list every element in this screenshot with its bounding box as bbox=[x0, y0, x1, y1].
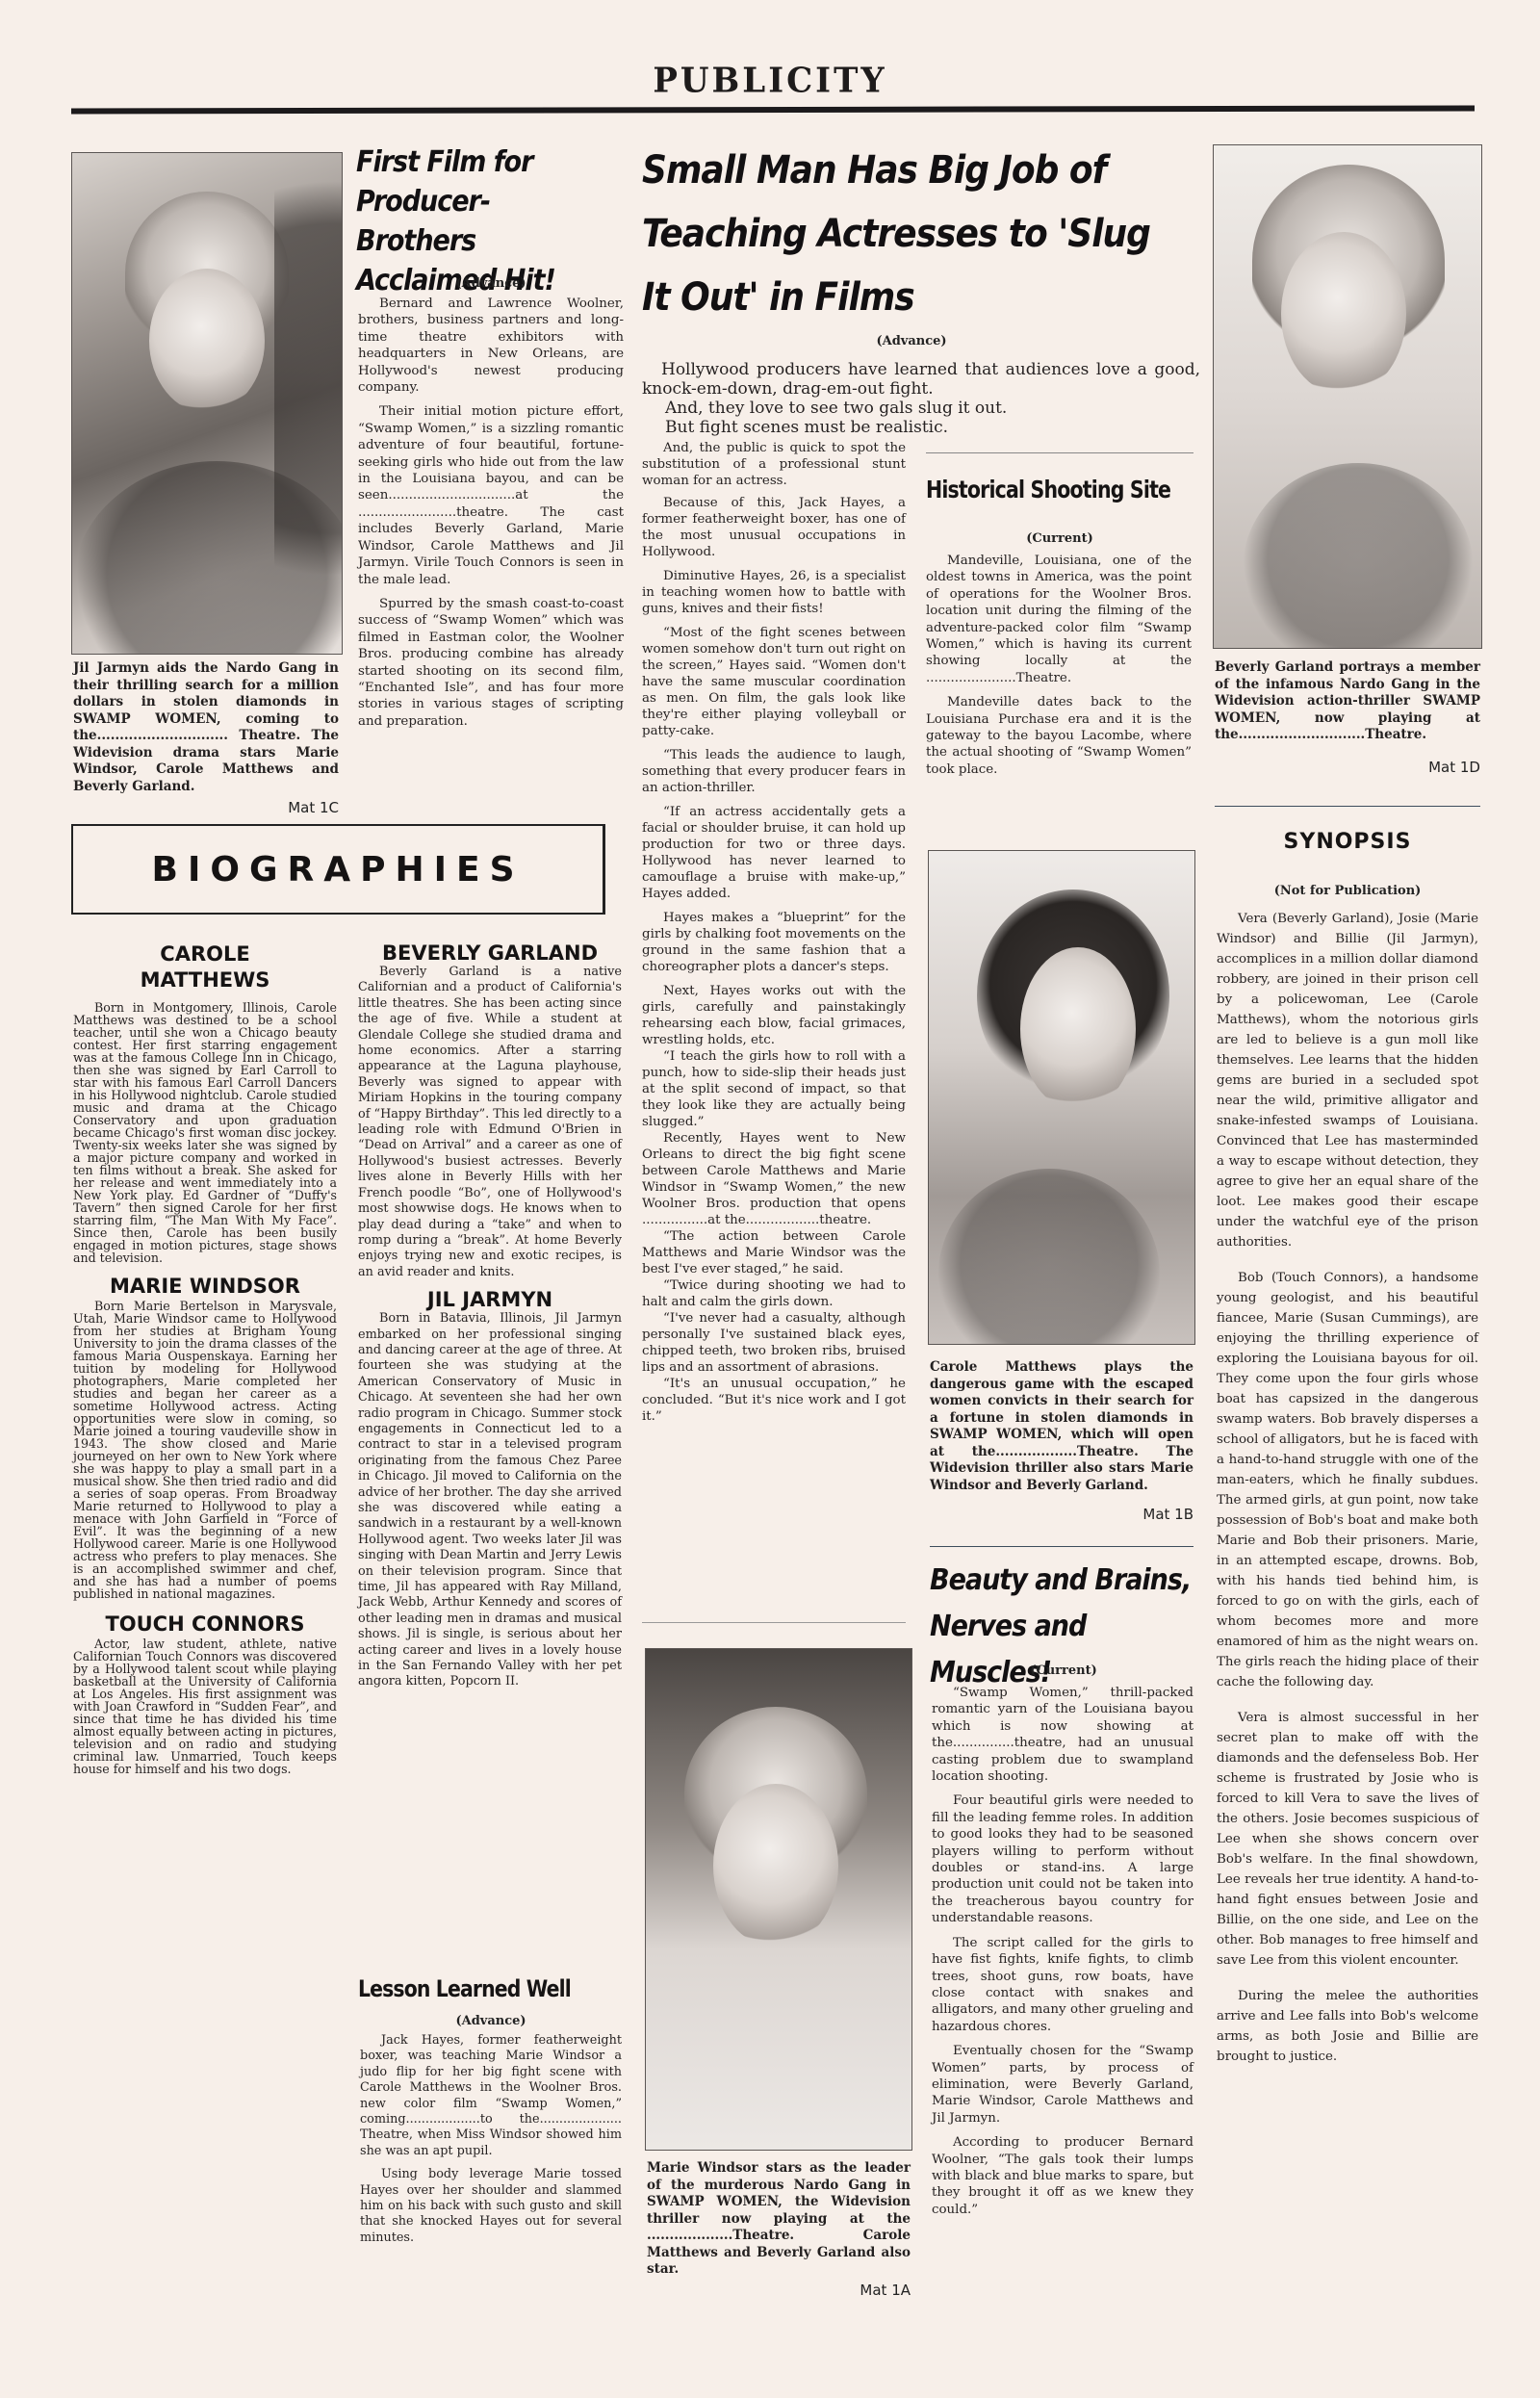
paragraph: Next, Hayes works out with the girls, ca… bbox=[642, 983, 906, 1048]
article-synopsis: Vera (Beverly Garland), Josie (Marie Win… bbox=[1217, 909, 1478, 2075]
divider bbox=[930, 1546, 1193, 1547]
bio-column-middle: BEVERLY GARLAND Beverly Garland is a nat… bbox=[358, 941, 622, 1698]
paragraph: “If an actress accidentally gets a facia… bbox=[642, 804, 906, 902]
biographies-title-box: BIOGRAPHIES bbox=[71, 824, 605, 915]
paragraph: Recently, Hayes went to New Orleans to d… bbox=[642, 1130, 906, 1228]
paragraph: “Most of the fight scenes between women … bbox=[642, 625, 906, 739]
bio-entry-marie-windsor: MARIE WINDSOR Born Marie Bertelson in Ma… bbox=[73, 1274, 337, 1600]
lead-paragraph: Hollywood producers have learned that au… bbox=[642, 360, 1200, 399]
paragraph: “This leads the audience to laugh, somet… bbox=[642, 747, 906, 796]
bio-column-left: CAROLE MATTHEWS Born in Montgomery, Illi… bbox=[73, 941, 337, 1783]
photo-caption-1d: Beverly Garland portrays a member of the… bbox=[1215, 659, 1480, 744]
biographies-title: BIOGRAPHIES bbox=[152, 850, 525, 890]
bio-entry-touch-connors: TOUCH CONNORS Actor, law student, athlet… bbox=[73, 1612, 337, 1775]
paragraph: Diminutive Hayes, 26, is a specialist in… bbox=[642, 568, 906, 617]
paragraph: “Twice during shooting we had to halt an… bbox=[642, 1277, 906, 1310]
headline-small-man: Small Man Has Big Job of Teaching Actres… bbox=[642, 139, 1181, 329]
paragraph: “I've never had a casualty, although per… bbox=[642, 1310, 906, 1376]
paragraph: Vera (Beverly Garland), Josie (Marie Win… bbox=[1217, 909, 1478, 1252]
paragraph: The script called for the girls to have … bbox=[932, 1935, 1193, 2035]
headline-historical: Historical Shooting Site bbox=[926, 476, 1194, 503]
photo-jil-jarmyn bbox=[71, 152, 343, 655]
paragraph: Four beautiful girls were needed to fill… bbox=[932, 1792, 1193, 1926]
paragraph: “The action between Carole Matthews and … bbox=[642, 1228, 906, 1277]
photo-caption-1c: Jil Jarmyn aids the Nardo Gang in their … bbox=[73, 660, 339, 795]
bio-name: MARIE WINDSOR bbox=[73, 1274, 337, 1300]
bio-name: JIL JARMYN bbox=[358, 1288, 622, 1311]
headline-synopsis: SYNOPSIS bbox=[1215, 830, 1480, 854]
divider bbox=[926, 452, 1193, 453]
bio-name: TOUCH CONNORS bbox=[73, 1612, 337, 1637]
photo-carole-matthews bbox=[928, 850, 1195, 1345]
header-rule bbox=[71, 105, 1475, 114]
headline-lesson: Lesson Learned Well bbox=[358, 1975, 620, 2002]
dateline-small-man: (Advance) bbox=[642, 334, 1181, 348]
photo-marie-windsor bbox=[645, 1648, 912, 2151]
paragraph: During the melee the authorities arrive … bbox=[1217, 1986, 1478, 2067]
paragraph: Spurred by the smash coast-to-coast succ… bbox=[358, 596, 624, 730]
bio-text: Born in Batavia, Illinois, Jil Jarmyn em… bbox=[358, 1311, 622, 1690]
bio-name: CAROLE MATTHEWS bbox=[73, 941, 337, 993]
mat-label-1d: Mat 1D bbox=[1376, 759, 1480, 776]
divider bbox=[642, 1622, 906, 1623]
dateline-lesson: (Advance) bbox=[358, 2014, 624, 2028]
article-beauty-brains: “Swamp Women,” thrill-packed romantic ya… bbox=[932, 1685, 1193, 2226]
bio-entry-beverly-garland: BEVERLY GARLAND Beverly Garland is a nat… bbox=[358, 941, 622, 1280]
paragraph: “I teach the girls how to roll with a pu… bbox=[642, 1048, 906, 1130]
divider bbox=[1215, 806, 1480, 807]
dateline-beauty-brains: (Current) bbox=[930, 1663, 1197, 1678]
lead-paragraph: But fight scenes must be realistic. bbox=[642, 418, 1200, 437]
bio-entry-jil-jarmyn: JIL JARMYN Born in Batavia, Illinois, Ji… bbox=[358, 1288, 622, 1690]
article-small-man-lead: Hollywood producers have learned that au… bbox=[642, 360, 1200, 437]
bio-text: Born Marie Bertelson in Marysvale, Utah,… bbox=[73, 1300, 337, 1600]
paragraph: Because of this, Jack Hayes, a former fe… bbox=[642, 495, 906, 560]
mat-label-1b: Mat 1B bbox=[1088, 1506, 1193, 1523]
bio-text: Born in Montgomery, Illinois, Carole Mat… bbox=[73, 1001, 337, 1264]
paragraph: And, the public is quick to spot the sub… bbox=[642, 440, 906, 489]
paragraph: Using body leverage Marie tossed Hayes o… bbox=[360, 2167, 622, 2246]
article-lesson: Jack Hayes, former featherweight boxer, … bbox=[360, 2033, 622, 2254]
article-first-film: Bernard and Lawrence Woolner, brothers, … bbox=[358, 296, 624, 737]
paragraph: According to producer Bernard Woolner, “… bbox=[932, 2134, 1193, 2218]
paragraph: Bob (Touch Connors), a handsome young ge… bbox=[1217, 1268, 1478, 1692]
dateline-first-film: (Advance) bbox=[358, 276, 624, 291]
article-historical: Mandeville, Louisiana, one of the oldest… bbox=[926, 553, 1192, 786]
article-small-man: And, the public is quick to spot the sub… bbox=[642, 440, 906, 1425]
paragraph: Mandeville dates back to the Louisiana P… bbox=[926, 694, 1192, 778]
lead-paragraph: And, they love to see two gals slug it o… bbox=[642, 399, 1200, 418]
paragraph: Bernard and Lawrence Woolner, brothers, … bbox=[358, 296, 624, 396]
paragraph: Mandeville, Louisiana, one of the oldest… bbox=[926, 553, 1192, 686]
paragraph: Eventually chosen for the “Swamp Women” … bbox=[932, 2043, 1193, 2127]
section-title: PUBLICITY bbox=[0, 61, 1540, 101]
bio-text: Actor, law student, athlete, native Cali… bbox=[73, 1637, 337, 1775]
paragraph: “It's an unusual occupation,” he conclud… bbox=[642, 1376, 906, 1425]
bio-name: BEVERLY GARLAND bbox=[358, 941, 622, 965]
photo-beverly-garland bbox=[1213, 144, 1482, 649]
mat-label-1a: Mat 1A bbox=[808, 2282, 911, 2299]
bio-entry-carole-matthews: CAROLE MATTHEWS Born in Montgomery, Illi… bbox=[73, 941, 337, 1264]
dateline-synopsis: (Not for Publication) bbox=[1215, 884, 1480, 898]
bio-text: Beverly Garland is a native Californian … bbox=[358, 965, 622, 1280]
paragraph: “Swamp Women,” thrill-packed romantic ya… bbox=[932, 1685, 1193, 1785]
photo-caption-1a: Marie Windsor stars as the leader of the… bbox=[647, 2160, 911, 2279]
dateline-historical: (Current) bbox=[926, 531, 1193, 546]
paragraph: Vera is almost successful in her secret … bbox=[1217, 1708, 1478, 1971]
photo-caption-1b: Carole Matthews plays the dangerous game… bbox=[930, 1359, 1193, 1494]
paragraph: Hayes makes a “blueprint” for the girls … bbox=[642, 910, 906, 975]
paragraph: Jack Hayes, former featherweight boxer, … bbox=[360, 2033, 622, 2159]
paragraph: Their initial motion picture effort, “Sw… bbox=[358, 403, 624, 587]
mat-label-1c: Mat 1C bbox=[231, 799, 339, 816]
